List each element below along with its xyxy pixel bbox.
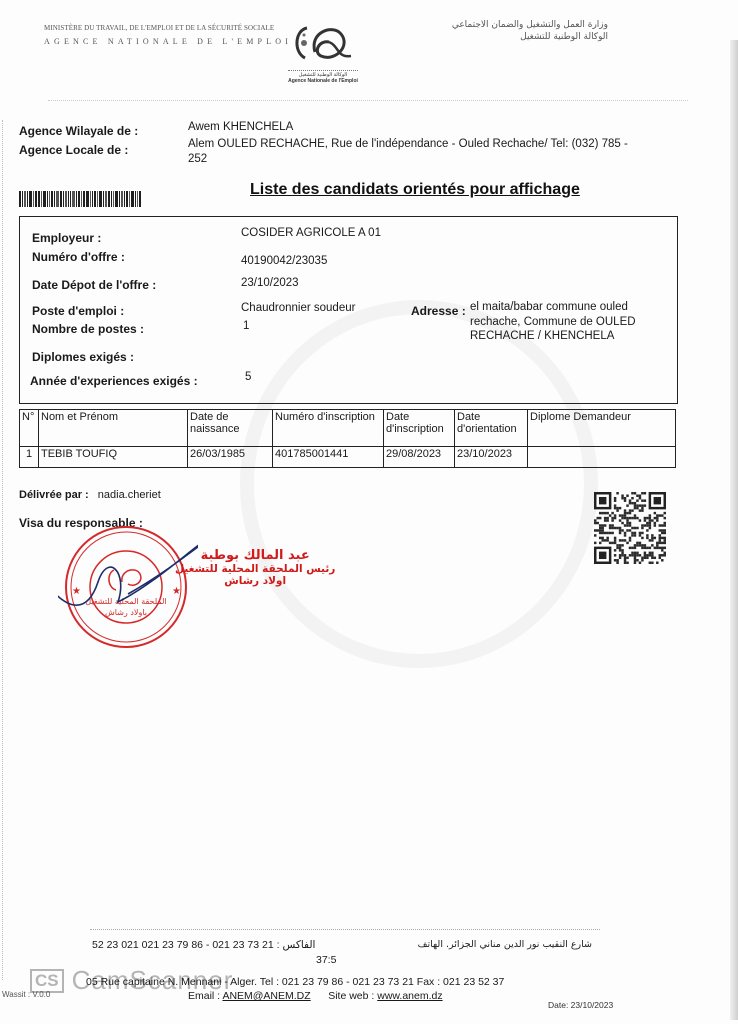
table-header-row: N° Nom et Prénom Date de naissance Numér… [20,410,676,447]
footer-address-fr: 05 Rue capitaine N. Mennani - Alger. Tel… [86,976,504,988]
col-header-orientation-date: Date d'orientation [455,410,528,447]
print-date: Date: 23/10/2023 [548,1000,613,1010]
employeur-value: COSIDER AGRICOLE A 01 [241,227,381,239]
cell-inscription-number: 401785001441 [273,447,384,468]
numero-offre-label: Numéro d'offre : [32,250,125,264]
official-stamp-icon: الملحقة المحلية للتشغيل باولاد رشاش ★ ★ [58,522,198,652]
anem-logo-icon [289,22,357,66]
col-header-number: N° [20,410,39,447]
date-depot-value: 23/10/2023 [241,277,299,289]
wilayale-label: Agence Wilayale de : [19,124,138,138]
cell-inscription-date: 29/08/2023 [384,447,455,468]
numero-offre-value: 40190042/23035 [241,255,327,267]
ministry-name-fr: MINISTÈRE DU TRAVAIL, DE L'EMPLOI ET DE … [44,24,292,32]
locale-value-cont: 252 [188,153,207,165]
svg-text:★: ★ [172,586,181,597]
header-french: MINISTÈRE DU TRAVAIL, DE L'EMPLOI ET DE … [44,24,292,46]
header-arabic: وزارة العمل والتشغيل والضمان الاجتماعي ا… [452,20,608,42]
svg-text:★: ★ [72,586,81,597]
nombre-postes-label: Nombre de postes : [32,322,144,336]
signatory-role: رئيس الملحقة المحلية للتشغيل [175,563,335,575]
anem-logo: الوكالة الوطنية للتشغيل Agence Nationale… [283,22,363,94]
header-divider [48,100,688,101]
experience-value: 5 [245,371,251,383]
footer-phones-ar: 52 23 021 الفاكس : 21 73 23 021 - 86 79 … [92,939,315,951]
col-header-diploma: Diplome Demandeur [528,410,676,447]
email-link[interactable]: ANEM@ANEM.DZ [222,990,310,1002]
wilayale-value: Awem KHENCHELA [188,121,293,133]
footer-phones-sub: 37:5 [316,954,336,966]
software-version: Wassit : V.0.0 [2,990,50,999]
cell-name: TEBIB TOUFIQ [39,447,188,468]
date-depot-label: Date Dépot de l'offre : [32,278,156,292]
web-label: Site web : [328,990,374,1002]
poste-label: Poste d'emploi : [32,304,124,318]
footer-contact: Email : ANEM@ANEM.DZ Site web : www.anem… [188,990,443,1002]
footer-address-ar: شارع النقيب نور الدين مناني الجزائر. اله… [418,939,592,950]
scan-margin [2,120,6,980]
footer-divider [90,929,600,930]
ministry-name-ar: وزارة العمل والتشغيل والضمان الاجتماعي [452,20,608,30]
cell-number: 1 [20,447,39,468]
cell-diploma [528,447,676,468]
col-header-inscription-number: Numéro d'inscription [273,410,384,447]
logo-caption-fr: Agence Nationale de l'Emploi [283,78,363,84]
agency-name-ar: الوكالة الوطنية للتشغيل [452,32,608,42]
diplomes-label: Diplomes exigés : [32,350,134,364]
adresse-line-1: el maita/babar commune ouled [470,301,628,313]
poste-value: Chaudronnier soudeur [241,302,355,314]
document-page: MINISTÈRE DU TRAVAIL, DE L'EMPLOI ET DE … [0,0,738,1024]
nombre-postes-value: 1 [243,320,249,332]
delivered-by-value: nadia.cheriet [98,489,161,501]
cell-orientation-date: 23/10/2023 [455,447,528,468]
camscanner-logo-icon: CS [30,969,64,993]
col-header-name: Nom et Prénom [39,410,188,447]
signatory-block: عبد المالك بوطبة رئيس الملحقة المحلية لل… [175,548,335,587]
cell-birthdate: 26/03/1985 [188,447,273,468]
experience-label: Année d'experiences exigés : [30,374,198,388]
offer-details-box: Employeur : COSIDER AGRICOLE A 01 Numéro… [19,216,678,404]
adresse-line-3: RECHACHE / KHENCHELA [470,330,614,342]
employeur-label: Employeur : [32,231,101,245]
signatory-place: اولاد رشاش [175,575,335,587]
locale-label: Agence Locale de : [19,143,128,157]
signatory-name: عبد المالك بوطبة [175,548,335,563]
page-title: Liste des candidats orientés pour affich… [250,181,580,199]
delivered-by-label: Délivrée par : [19,489,89,501]
adresse-line-2: rechache, Commune de OULED [470,316,636,328]
svg-text:باولاد رشاش: باولاد رشاش [105,608,147,617]
barcode [19,191,209,207]
col-header-birthdate: Date de naissance [188,410,273,447]
agency-name-fr: AGENCE NATIONALE DE L'EMPLOI [44,37,292,46]
website-link[interactable]: www.anem.dz [377,990,442,1002]
page-edge [730,40,738,1020]
email-label: Email : [188,990,220,1002]
col-header-inscription-date: Date d'inscription [384,410,455,447]
delivered-by: Délivrée par : nadia.cheriet [19,489,161,501]
table-row: 1 TEBIB TOUFIQ 26/03/1985 401785001441 2… [20,447,676,468]
candidates-table: N° Nom et Prénom Date de naissance Numér… [19,409,676,468]
adresse-label: Adresse : [411,304,466,318]
locale-value: Alem OULED RECHACHE, Rue de l'indépendan… [188,138,628,150]
qr-code-icon [594,492,666,564]
